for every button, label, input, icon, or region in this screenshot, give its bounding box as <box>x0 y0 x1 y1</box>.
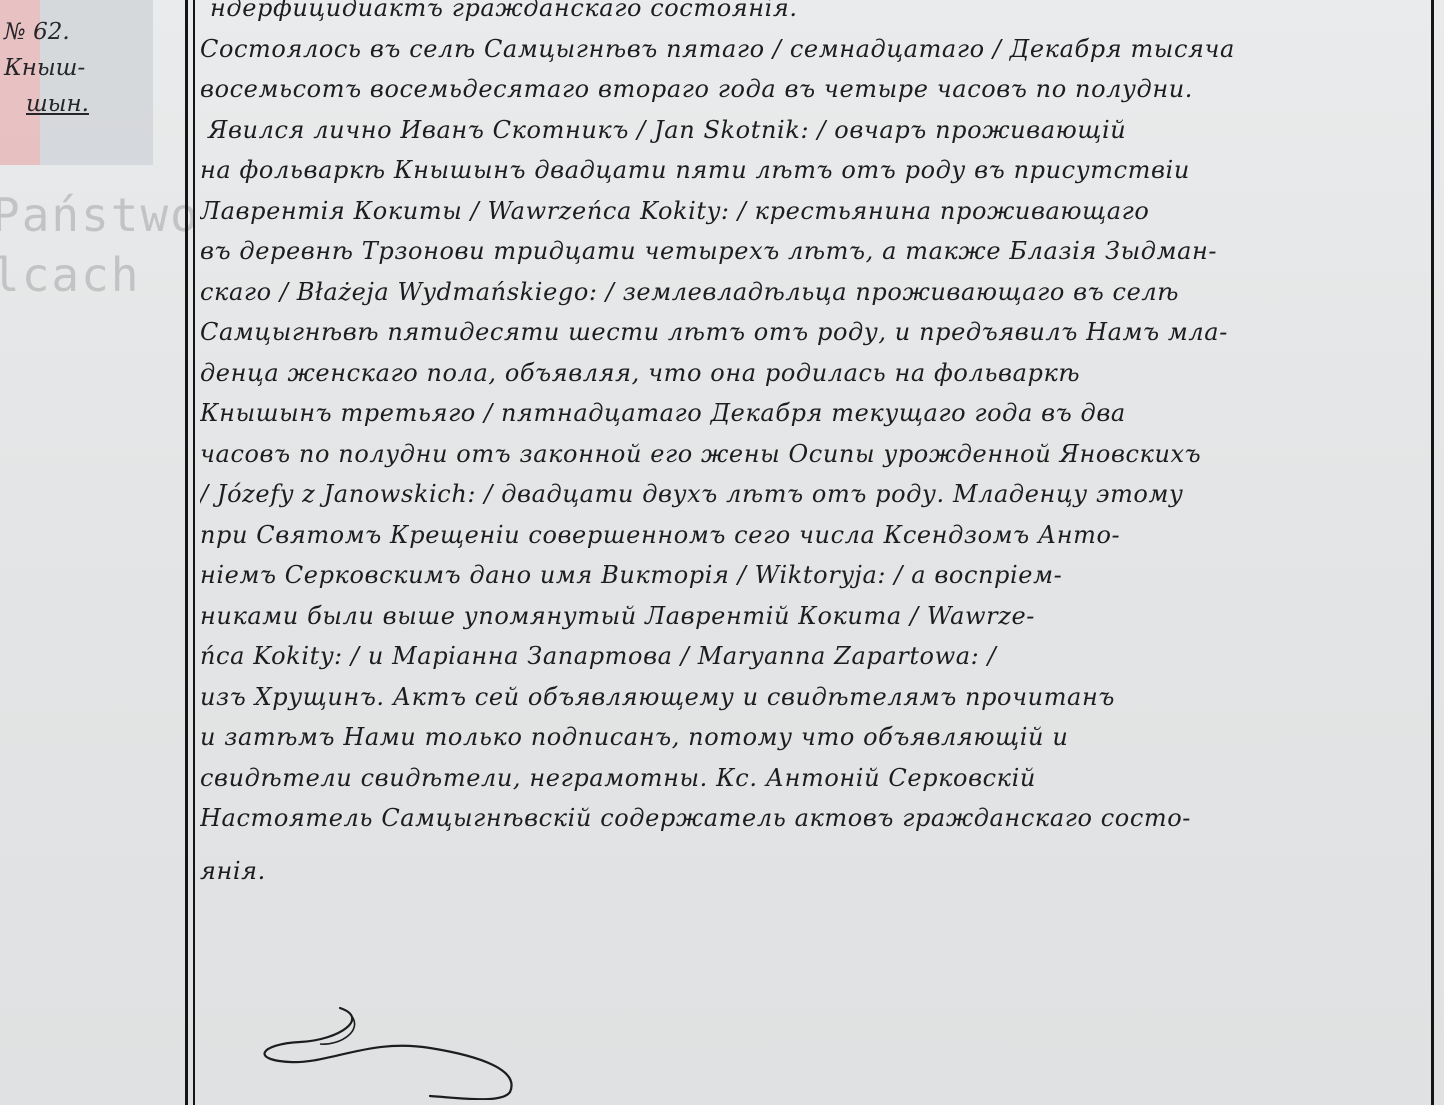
record-line: Самцыгнѣвѣ пятидесяти шести лѣтъ отъ род… <box>200 312 1425 353</box>
entry-place-line2: шын. <box>26 91 89 117</box>
record-line: ńca Kokity: / и Маріанна Запартова / Mar… <box>200 636 1425 677</box>
entry-margin-label: № 62. Кныш- шын. <box>4 14 154 122</box>
margin-double-rule-outer <box>185 0 188 1105</box>
record-line: денца женскаго пола, объявляя, что она р… <box>200 353 1425 394</box>
document-page: Państwo lcach № 62. Кныш- шын. ндерфицид… <box>0 0 1444 1105</box>
record-line: Настоятель Самцыгнѣвскій содержатель акт… <box>200 798 1425 839</box>
entry-place-line2-wrap: шын. <box>4 86 154 122</box>
record-line: въ деревнѣ Трзонови тридцати четырехъ лѣ… <box>200 231 1425 272</box>
record-line: и затѣмъ Нами только подписанъ, потому ч… <box>200 717 1425 758</box>
signature-flourish-icon <box>220 1000 560 1100</box>
right-edge-rule <box>1431 0 1434 1105</box>
record-line: изъ Хрущинъ. Актъ сей объявляющему и сви… <box>200 677 1425 718</box>
record-line: при Святомъ Крещеніи совершенномъ сего ч… <box>200 515 1425 556</box>
entry-place-line1: Кныш- <box>4 55 85 81</box>
record-line: никами были выше упомянутый Лаврентій Ко… <box>200 596 1425 637</box>
record-line: ндерфицидиактъ гражданскаго состоянія. <box>200 0 1425 29</box>
record-line: на фольваркѣ Кнышынъ двадцати пяти лѣтъ … <box>200 150 1425 191</box>
archive-watermark-line1: Państwo <box>0 188 200 242</box>
record-line: часовъ по полудни отъ законной его жены … <box>200 434 1425 475</box>
entry-number: № 62. <box>4 19 70 45</box>
archive-watermark-line2: lcach <box>0 248 140 302</box>
record-line: ніемъ Серковскимъ дано имя Викторія / Wi… <box>200 555 1425 596</box>
record-line: Лаврентія Кокиты / Wawrzeńca Kokity: / к… <box>200 191 1425 232</box>
record-line: Явился лично Иванъ Скотникъ / Jan Skotni… <box>200 110 1425 151</box>
record-line: свидѣтели свидѣтели, неграмотны. Кс. Ант… <box>200 758 1425 799</box>
record-line: восемьсотъ восемьдесятаго втораго года в… <box>200 69 1425 110</box>
record-line: скаго / Błażeja Wydmańskiego: / землевла… <box>200 272 1425 313</box>
record-line: янія. <box>200 839 1425 892</box>
margin-double-rule-inner <box>193 0 195 1105</box>
record-line: Кнышынъ третьяго / пятнадцатаго Декабря … <box>200 393 1425 434</box>
record-line: / Józefy z Janowskich: / двадцати двухъ … <box>200 474 1425 515</box>
record-line: Состоялось въ селѣ Самцыгнѣвъ пятаго / с… <box>200 29 1425 70</box>
record-body: ндерфицидиактъ гражданскаго состоянія. С… <box>200 0 1425 891</box>
